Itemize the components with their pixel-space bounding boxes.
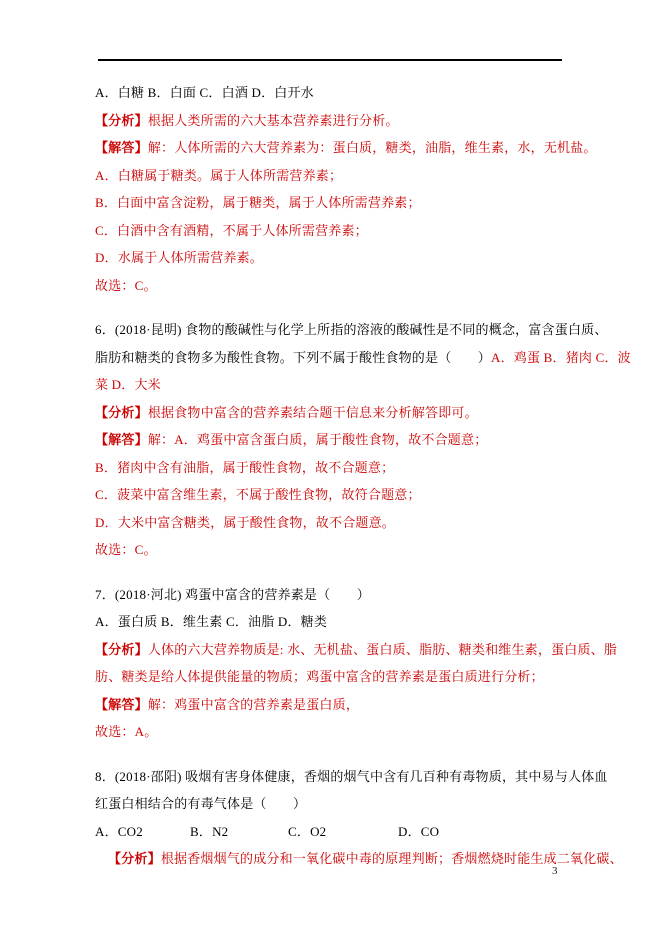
marker-label: 【解答】 xyxy=(95,432,148,447)
text-run: 6．(2018·昆明) 食物的酸碱性与化学上所指的溶液的酸碱性是不同的概念，富含… xyxy=(95,322,608,337)
text-line: D．水属于人体所需营养素。 xyxy=(95,244,575,272)
text-run: 根据食物中富含的营养素结合题干信息来分析解答即可。 xyxy=(148,405,478,420)
marker-label: 【分析】 xyxy=(95,642,148,657)
text-run: A．蛋白质 B．维生素 C．油脂 D．糖类 xyxy=(95,614,327,629)
text-line: 故选：C。 xyxy=(95,536,575,564)
text-run: 人体的六大营养物质是: 水、无机盐、蛋白质、脂肪、糖类和维生素，蛋白质、脂 xyxy=(148,642,617,657)
text-run: 根据人类所需的六大基本营养素进行分析。 xyxy=(148,113,399,128)
text-line: 【分析】根据人类所需的六大基本营养素进行分析。 xyxy=(95,107,575,135)
marker-label: 【解答】 xyxy=(95,697,148,712)
text-line: C．白酒中含有酒精，不属于人体所需营养素； xyxy=(95,217,575,245)
section-gap xyxy=(95,299,575,316)
text-line: 【解答】解：鸡蛋中富含的营养素是蛋白质， xyxy=(95,691,575,719)
text-run: B．猪肉中含有油脂，属于酸性食物，故不合题意； xyxy=(95,460,394,475)
document-content: A．白糖 B．白面 C．白酒 D．白开水【分析】根据人类所需的六大基本营养素进行… xyxy=(95,79,575,873)
text-line: 【分析】根据香烟烟气的成分和一氧化碳中毒的原理判断；香烟燃烧时能生成二氧化碳、 xyxy=(95,845,575,873)
options-row: A．CO2B．N2C．O2D．CO xyxy=(95,818,575,846)
text-run: 解：A．鸡蛋中富含蛋白质，属于酸性食物，故不合题意； xyxy=(148,432,488,447)
text-run: 故选：A。 xyxy=(95,724,157,739)
text-run: C．白酒中含有酒精，不属于人体所需营养素； xyxy=(95,223,368,238)
text-run: D．大米中富含糖类，属于酸性食物，故不合题意。 xyxy=(95,515,395,530)
text-run: A．白糖属于糖类。属于人体所需营养素； xyxy=(95,168,342,183)
text-line: B．白面中富含淀粉，属于糖类，属于人体所需营养素； xyxy=(95,189,575,217)
text-line: 【解答】解：A．鸡蛋中富含蛋白质，属于酸性食物，故不合题意； xyxy=(95,426,575,454)
text-line: 脂肪和糖类的食物多为酸性食物。下列不属于酸性食物的是（ ）A．鸡蛋 B．猪肉 C… xyxy=(95,344,575,372)
text-line: 【分析】人体的六大营养物质是: 水、无机盐、蛋白质、脂肪、糖类和维生素，蛋白质、… xyxy=(95,636,575,664)
text-run: 红蛋白相结合的有毒气体是（ ） xyxy=(95,796,306,811)
text-line: 故选：C。 xyxy=(95,272,575,300)
text-line: A．白糖 B．白面 C．白酒 D．白开水 xyxy=(95,79,575,107)
text-run: 解：鸡蛋中富含的营养素是蛋白质， xyxy=(148,697,359,712)
text-line: C．菠菜中富含维生素，不属于酸性食物，故符合题意； xyxy=(95,481,575,509)
section-gap xyxy=(95,564,575,581)
text-line: 8．(2018·邵阳) 吸烟有害身体健康，香烟的烟气中含有几百种有毒物质，其中易… xyxy=(95,763,575,791)
option-item: A．CO2 xyxy=(95,818,190,846)
option-item: C．O2 xyxy=(288,818,398,846)
document-page: A．白糖 B．白面 C．白酒 D．白开水【分析】根据人类所需的六大基本营养素进行… xyxy=(0,0,661,935)
page-number: 3 xyxy=(552,864,558,878)
text-run: 8．(2018·邵阳) 吸烟有害身体健康，香烟的烟气中含有几百种有毒物质，其中易… xyxy=(95,769,608,784)
text-line: 菜 D．大米 xyxy=(95,371,575,399)
text-run: 菜 D．大米 xyxy=(95,377,161,392)
marker-label: 【分析】 xyxy=(108,851,161,866)
text-line: 7．(2018·河北) 鸡蛋中富含的营养素是（ ） xyxy=(95,581,575,609)
marker-label: 【解答】 xyxy=(95,140,148,155)
text-line: D．大米中富含糖类，属于酸性食物，故不合题意。 xyxy=(95,509,575,537)
text-run: 肪、糖类是给人体提供能量的物质；鸡蛋中富含的营养素是蛋白质进行分析； xyxy=(95,669,544,684)
text-line: 红蛋白相结合的有毒气体是（ ） xyxy=(95,790,575,818)
text-run: 7．(2018·河北) 鸡蛋中富含的营养素是（ ） xyxy=(95,587,370,602)
text-line: 肪、糖类是给人体提供能量的物质；鸡蛋中富含的营养素是蛋白质进行分析； xyxy=(95,663,575,691)
marker-label: 【分析】 xyxy=(95,405,148,420)
text-run: A．白糖 B．白面 C．白酒 D．白开水 xyxy=(95,85,314,100)
text-line: 故选：A。 xyxy=(95,718,575,746)
header-rule xyxy=(98,59,562,61)
text-run: 解：人体所需的六大营养素为：蛋白质，糖类，油脂，维生素，水，无机盐。 xyxy=(148,140,597,155)
text-line: B．猪肉中含有油脂，属于酸性食物，故不合题意； xyxy=(95,454,575,482)
text-line: A．蛋白质 B．维生素 C．油脂 D．糖类 xyxy=(95,608,575,636)
text-run: 脂肪和糖类的食物多为酸性食物。下列不属于酸性食物的是（ ） xyxy=(95,350,491,365)
marker-label: 【分析】 xyxy=(95,113,148,128)
section-gap xyxy=(95,746,575,763)
text-line: 6．(2018·昆明) 食物的酸碱性与化学上所指的溶液的酸碱性是不同的概念，富含… xyxy=(95,316,575,344)
text-run: 故选：C。 xyxy=(95,542,157,557)
text-run: D．水属于人体所需营养素。 xyxy=(95,250,263,265)
text-run: A．鸡蛋 B．猪肉 C．波 xyxy=(491,350,631,365)
text-line: A．白糖属于糖类。属于人体所需营养素； xyxy=(95,162,575,190)
text-line: 【解答】解：人体所需的六大营养素为：蛋白质，糖类，油脂，维生素，水，无机盐。 xyxy=(95,134,575,162)
text-run: 故选：C。 xyxy=(95,278,157,293)
option-item: D．CO xyxy=(398,818,439,846)
text-run: B．白面中富含淀粉，属于糖类，属于人体所需营养素； xyxy=(95,195,421,210)
text-run: C．菠菜中富含维生素，不属于酸性食物，故符合题意； xyxy=(95,487,421,502)
option-item: B．N2 xyxy=(190,818,288,846)
text-line: 【分析】根据食物中富含的营养素结合题干信息来分析解答即可。 xyxy=(95,399,575,427)
